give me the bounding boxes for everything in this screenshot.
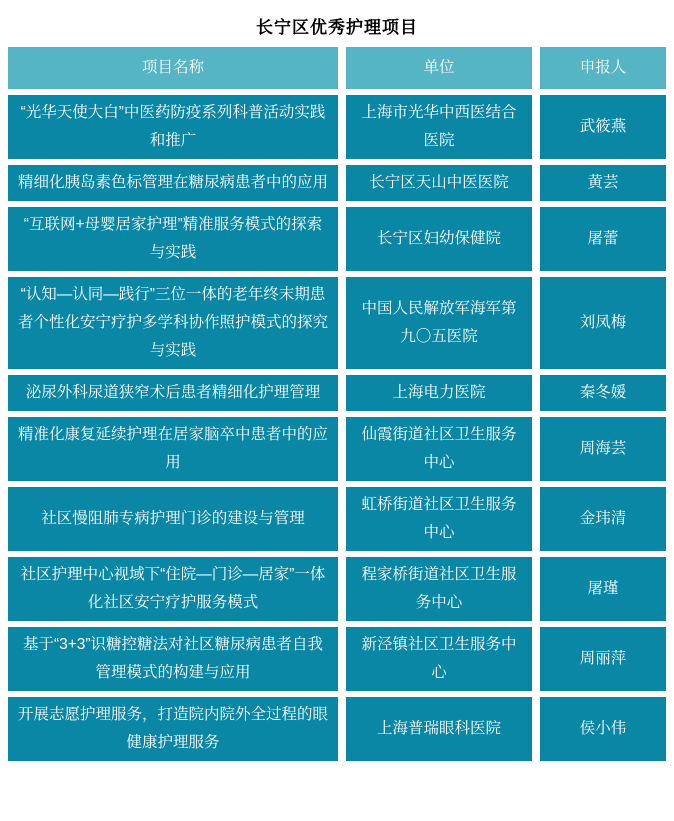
- table-header: 项目名称 单位 申报人: [8, 47, 666, 89]
- column-header-project: 项目名称: [8, 47, 338, 89]
- unit-cell: 上海普瑞眼科医院: [346, 697, 532, 761]
- table-row: 社区慢阻肺专病护理门诊的建设与管理虹桥街道社区卫生服务中心金玮清: [8, 487, 666, 551]
- project-cell: 精准化康复延续护理在居家脑卒中患者中的应用: [8, 417, 338, 481]
- page-title: 长宁区优秀护理项目: [0, 13, 674, 38]
- unit-cell: 新泾镇社区卫生服务中心: [346, 627, 532, 691]
- unit-cell: 长宁区天山中医医院: [346, 165, 532, 201]
- project-cell: 精细化胰岛素色标管理在糖尿病患者中的应用: [8, 165, 338, 201]
- applicant-cell: 金玮清: [540, 487, 666, 551]
- unit-cell: 虹桥街道社区卫生服务中心: [346, 487, 532, 551]
- applicant-cell: 武筱燕: [540, 95, 666, 159]
- table-row: 开展志愿护理服务，打造院内院外全过程的眼健康护理服务上海普瑞眼科医院侯小伟: [8, 697, 666, 761]
- table-row: 基于“3+3”识糖控糖法对社区糖尿病患者自我管理模式的构建与应用新泾镇社区卫生服…: [8, 627, 666, 691]
- table-body: “光华天使大白”中医药防疫系列科普活动实践和推广上海市光华中西医结合医院武筱燕精…: [8, 95, 666, 761]
- unit-cell: 长宁区妇幼保健院: [346, 207, 532, 271]
- table-row: 泌尿外科尿道狭窄术后患者精细化护理管理上海电力医院秦冬媛: [8, 375, 666, 411]
- project-cell: 基于“3+3”识糖控糖法对社区糖尿病患者自我管理模式的构建与应用: [8, 627, 338, 691]
- project-cell: “光华天使大白”中医药防疫系列科普活动实践和推广: [8, 95, 338, 159]
- applicant-cell: 秦冬媛: [540, 375, 666, 411]
- table-row: 精细化胰岛素色标管理在糖尿病患者中的应用长宁区天山中医医院黄芸: [8, 165, 666, 201]
- applicant-cell: 周丽萍: [540, 627, 666, 691]
- project-cell: “认知—认同—践行”三位一体的老年终末期患者个性化安宁疗护多学科协作照护模式的探…: [8, 277, 338, 369]
- table-row: “光华天使大白”中医药防疫系列科普活动实践和推广上海市光华中西医结合医院武筱燕: [8, 95, 666, 159]
- project-cell: 开展志愿护理服务，打造院内院外全过程的眼健康护理服务: [8, 697, 338, 761]
- header-row: 项目名称 单位 申报人: [8, 47, 666, 89]
- table-row: “互联网+母婴居家护理”精准服务模式的探索与实践长宁区妇幼保健院屠蕾: [8, 207, 666, 271]
- applicant-cell: 侯小伟: [540, 697, 666, 761]
- nursing-projects-table: 项目名称 单位 申报人 “光华天使大白”中医药防疫系列科普活动实践和推广上海市光…: [0, 41, 674, 767]
- unit-cell: 程家桥街道社区卫生服务中心: [346, 557, 532, 621]
- project-cell: 泌尿外科尿道狭窄术后患者精细化护理管理: [8, 375, 338, 411]
- unit-cell: 上海电力医院: [346, 375, 532, 411]
- column-header-unit: 单位: [346, 47, 532, 89]
- unit-cell: 上海市光华中西医结合医院: [346, 95, 532, 159]
- column-header-applicant: 申报人: [540, 47, 666, 89]
- applicant-cell: 刘凤梅: [540, 277, 666, 369]
- applicant-cell: 屠瑾: [540, 557, 666, 621]
- unit-cell: 仙霞街道社区卫生服务中心: [346, 417, 532, 481]
- table-row: 社区护理中心视域下“住院—门诊—居家”一体化社区安宁疗护服务模式程家桥街道社区卫…: [8, 557, 666, 621]
- project-cell: 社区护理中心视域下“住院—门诊—居家”一体化社区安宁疗护服务模式: [8, 557, 338, 621]
- applicant-cell: 黄芸: [540, 165, 666, 201]
- project-cell: 社区慢阻肺专病护理门诊的建设与管理: [8, 487, 338, 551]
- project-cell: “互联网+母婴居家护理”精准服务模式的探索与实践: [8, 207, 338, 271]
- table-row: 精准化康复延续护理在居家脑卒中患者中的应用仙霞街道社区卫生服务中心周海芸: [8, 417, 666, 481]
- document-page: 长宁区优秀护理项目 项目名称 单位 申报人 “光华天使大白”中医药防疫系列科普活…: [0, 13, 674, 767]
- table-row: “认知—认同—践行”三位一体的老年终末期患者个性化安宁疗护多学科协作照护模式的探…: [8, 277, 666, 369]
- applicant-cell: 周海芸: [540, 417, 666, 481]
- unit-cell: 中国人民解放军海军第九〇五医院: [346, 277, 532, 369]
- applicant-cell: 屠蕾: [540, 207, 666, 271]
